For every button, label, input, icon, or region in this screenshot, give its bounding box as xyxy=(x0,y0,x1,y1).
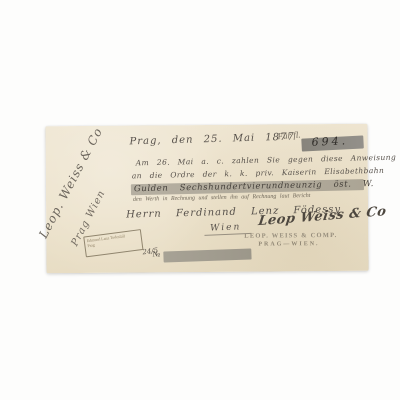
place-and-date-line: Prag, den 25. Mai 1877 xyxy=(129,132,295,148)
firm-city-printed: PRAG—WIEN. xyxy=(258,241,319,247)
bill-of-exchange-paper: Leop. Weiss & Co Prag Wien Prag, den 25.… xyxy=(45,124,368,274)
amount-numeric: 694. xyxy=(311,134,348,149)
numero-symbol: № xyxy=(152,249,160,258)
firm-name-printed: LEOP. WEISS & COMP. xyxy=(244,232,337,240)
body-line-ordre: an die Ordre der k. k. priv. Kaiserin El… xyxy=(132,166,384,181)
endorsement-firm-text: Leop. Weiss & Co xyxy=(36,125,105,240)
currency-label: Für fl. xyxy=(277,129,301,141)
photo-of-historical-bill: { "doc": { "side_note": { "line1": "Leop… xyxy=(0,0,400,400)
number-redaction-band xyxy=(163,249,251,263)
body-line-due-date: Am 26. Mai a. c. zahlen Sie gegen diese … xyxy=(136,153,397,168)
